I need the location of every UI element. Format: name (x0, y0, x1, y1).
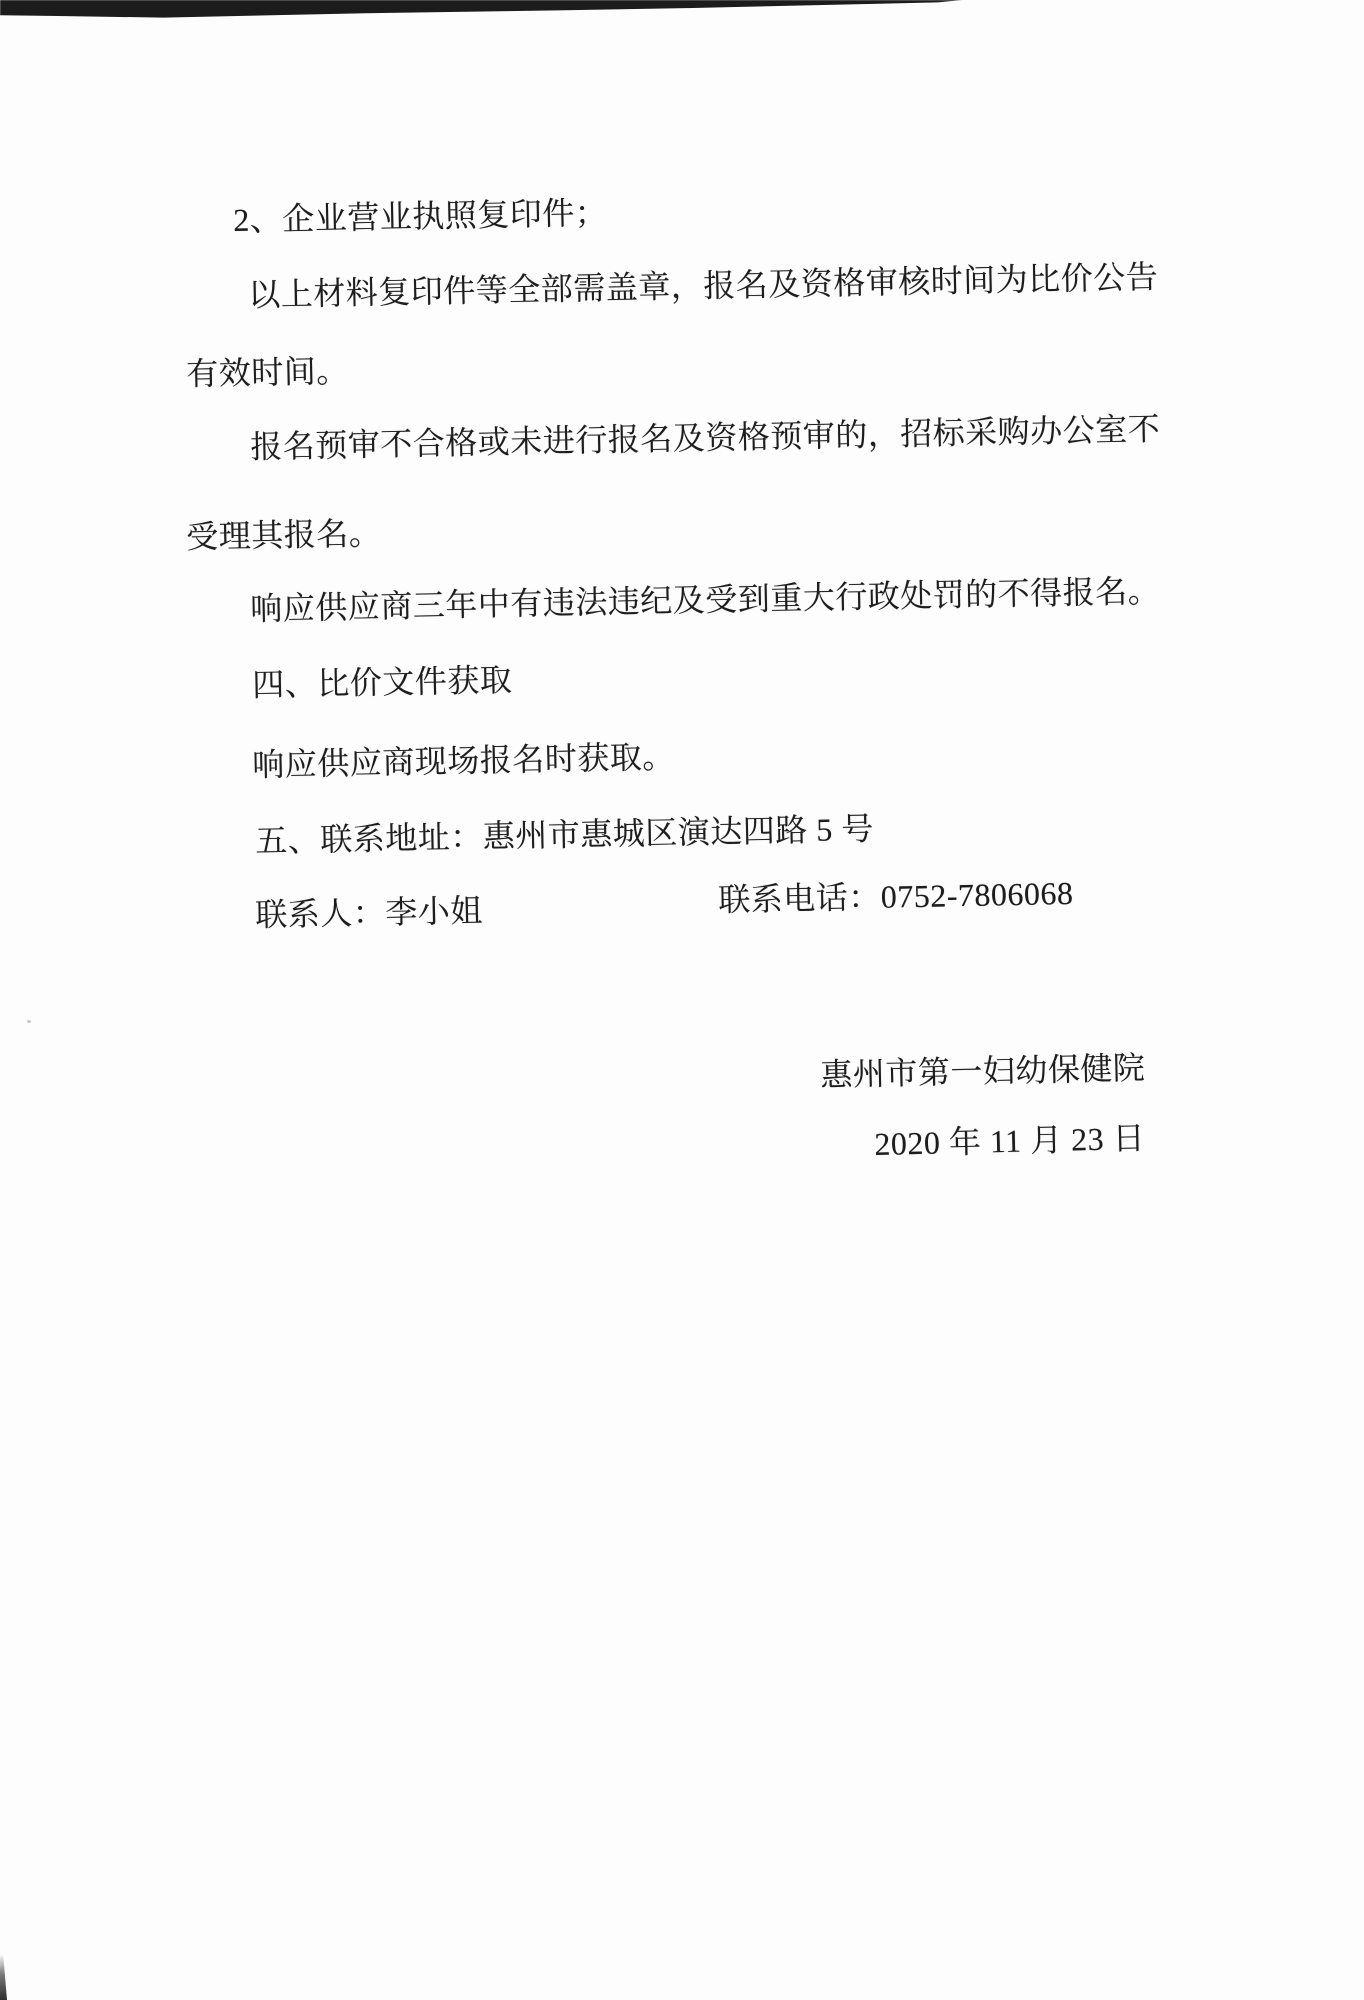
doc-heading-section-4: 四、比价文件获取 (252, 663, 513, 702)
doc-line-violation-rule: 响应供应商三年中有违法违纪及受到重大行政处罚的不得报名。 (250, 574, 1161, 626)
doc-heading-section-5-address: 五、联系地址：惠州市惠城区演达四路 5 号 (255, 812, 874, 858)
toner-speck (27, 1020, 31, 1023)
doc-line-prereview-reject: 报名预审不合格或未进行报名及资格预审的，招标采购办公室不 (250, 412, 1161, 464)
contact-phone: 联系电话：0752-7806068 (718, 876, 1074, 917)
doc-line-valid-time: 有效时间。 (186, 354, 349, 391)
scanned-document-page: 2、企业营业执照复印件； 以上材料复印件等全部需盖章，报名及资格审核时间为比价公… (0, 0, 1364, 2000)
doc-line-obtain-onsite: 响应供应商现场报名时获取。 (252, 740, 675, 782)
signature-date: 2020 年 11 月 23 日 (874, 1121, 1146, 1161)
doc-line-item-2-license: 2、企业营业执照复印件； (233, 195, 608, 236)
contact-person: 联系人：李小姐 (255, 893, 483, 932)
bottom-left-scan-mark (0, 1954, 7, 2000)
signature-organization: 惠州市第一妇幼保健院 (820, 1051, 1146, 1092)
doc-line-materials-stamp: 以上材料复印件等全部需盖章，报名及资格审核时间为比价公告 (248, 260, 1159, 312)
scanner-edge-shadow (0, 0, 962, 20)
doc-line-not-accept: 受理其报名。 (186, 516, 382, 554)
